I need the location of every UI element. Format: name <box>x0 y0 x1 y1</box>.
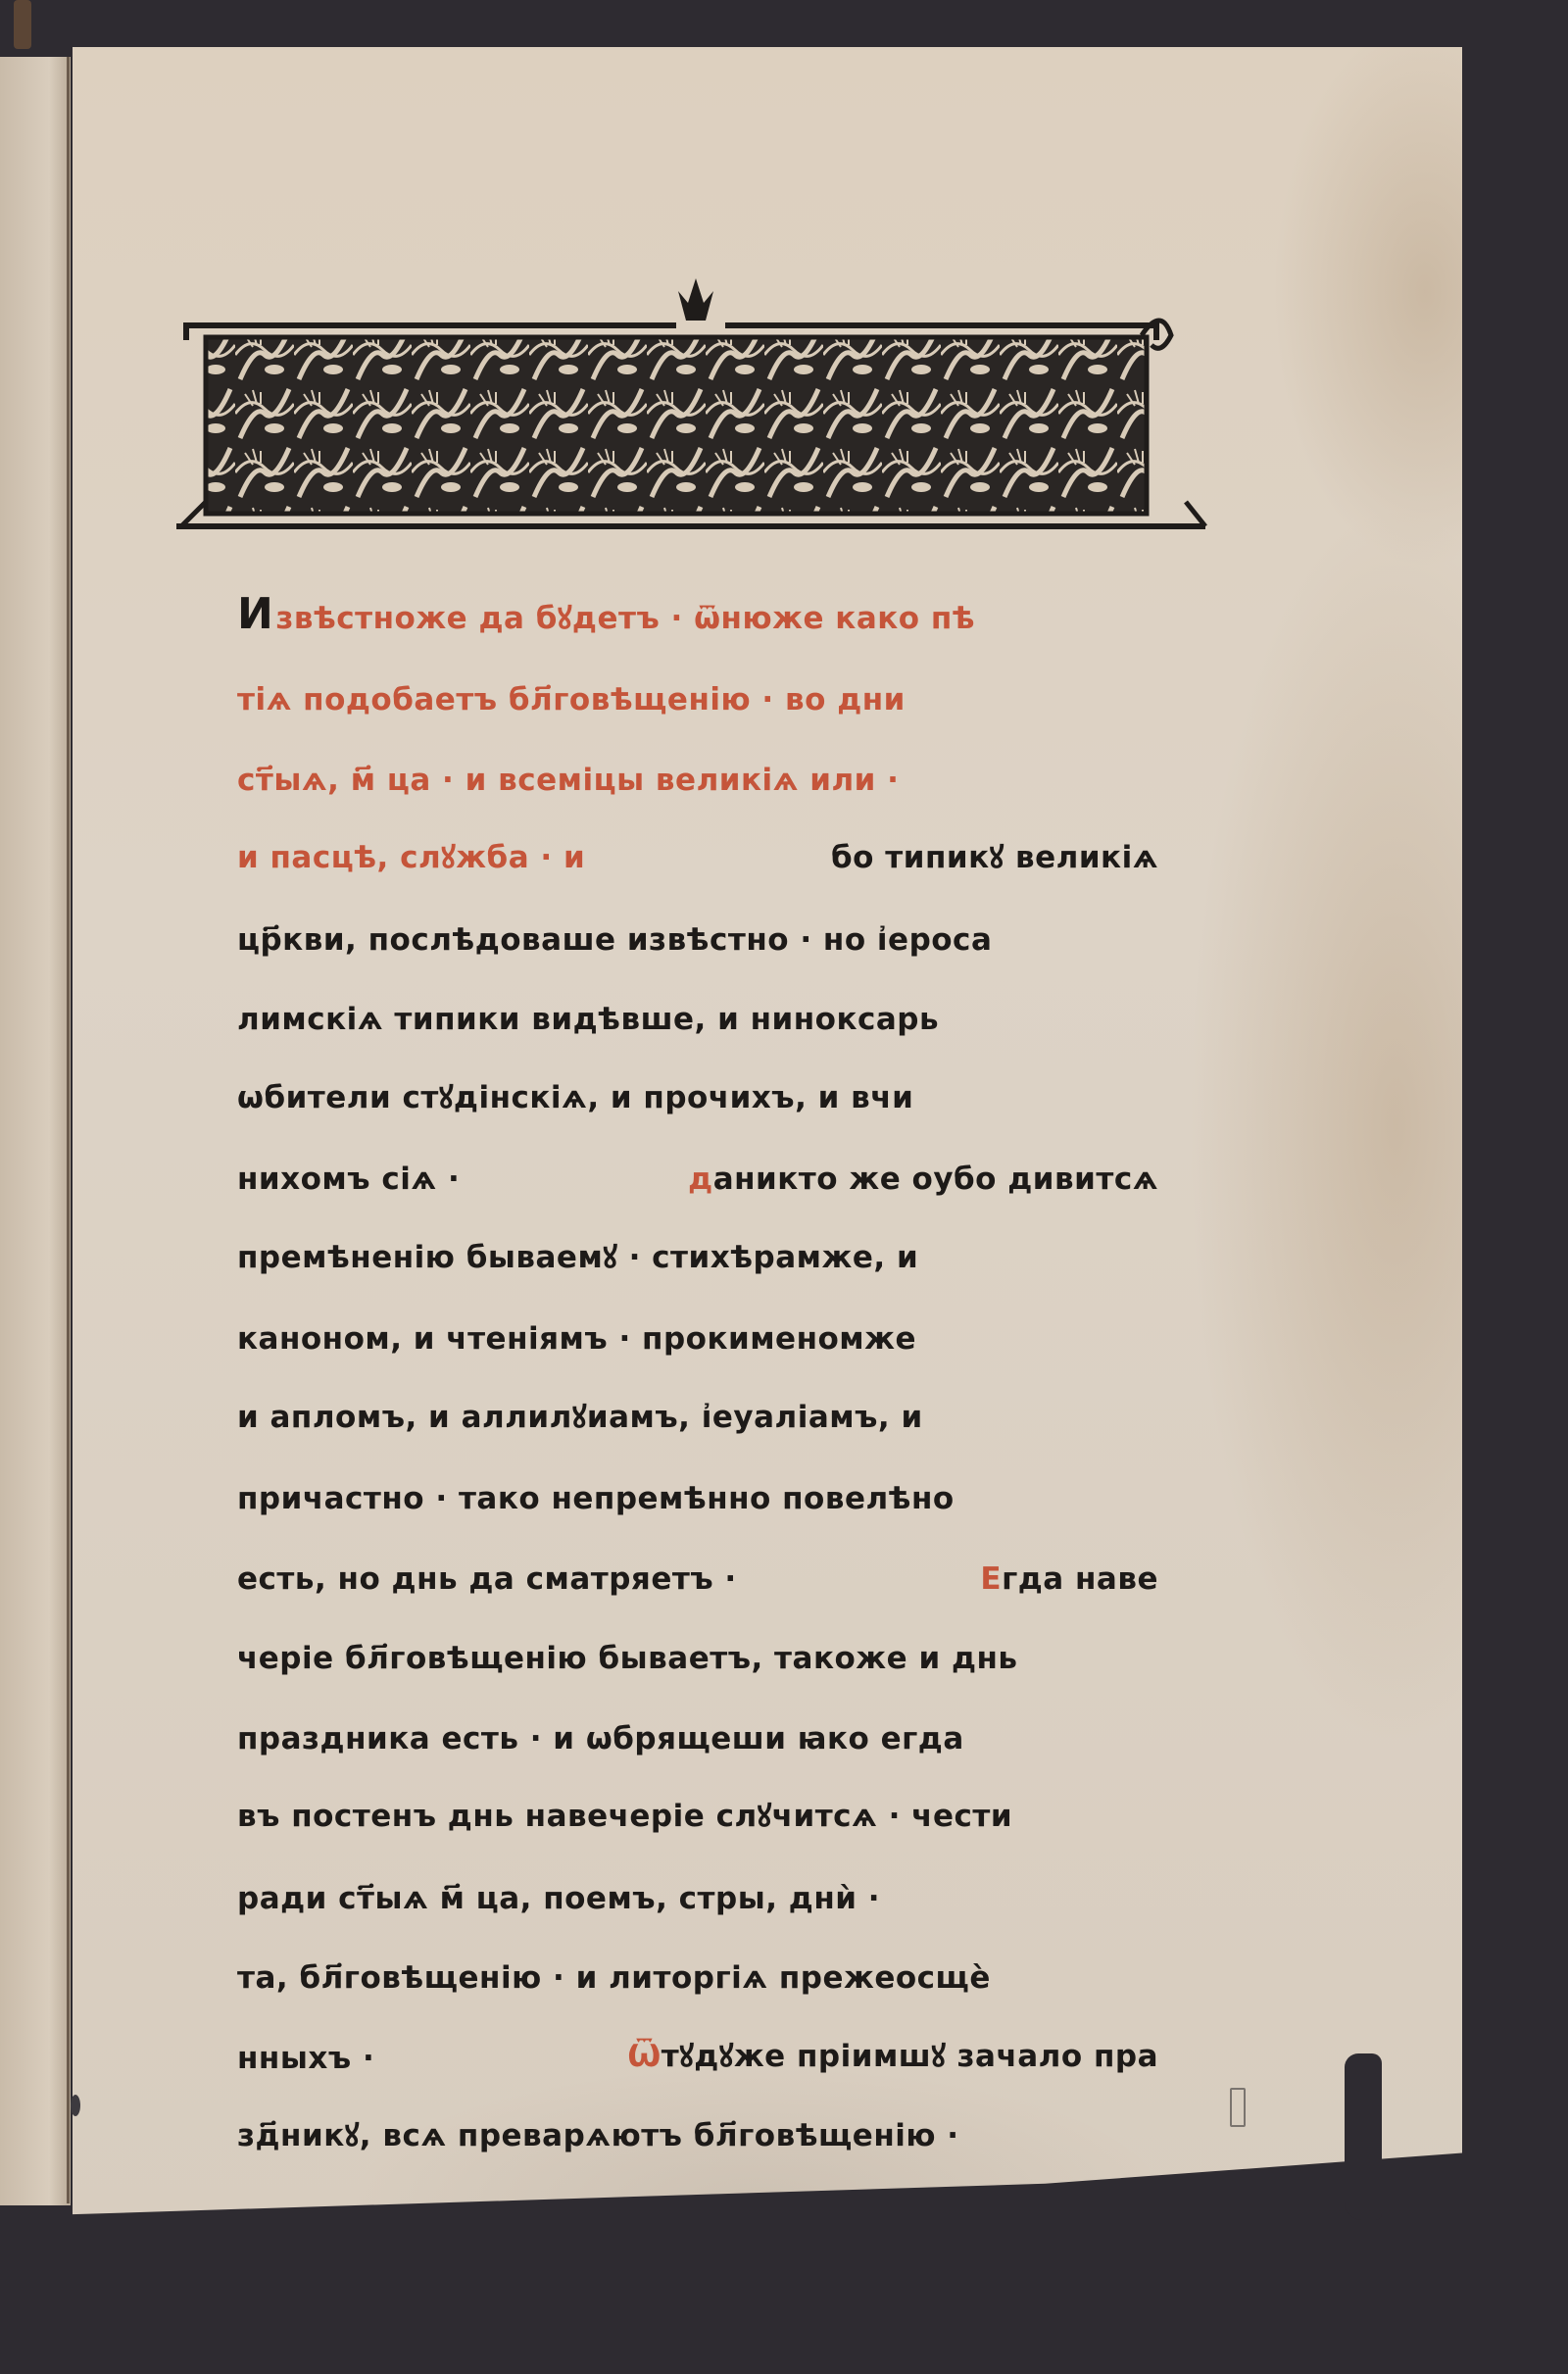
text-line: зд҃никꙋ, всѧ преварѧютъ бл҃говѣщенiю · <box>237 2082 1158 2162</box>
text-line: нныхъ · Ѿтꙋдꙋже прiимшꙋ зачало пра <box>237 2002 1158 2082</box>
text-line: тіѧ подобаетъ бл҃говѣщенію · во дни <box>237 644 1158 724</box>
text-line: лимскiѧ типики видѣвше, и ниноксарь <box>237 964 1158 1044</box>
text-line: ст҃ыѧ, м҃ ца · и всемiцы великiѧ или · <box>237 723 1158 804</box>
signature-mark <box>1230 2088 1246 2127</box>
left-page-edge <box>0 57 71 2205</box>
ink-blot <box>71 2095 80 2116</box>
text-line: и пасцѣ, слꙋжба · и бо типикꙋ великiѧ <box>237 804 1158 884</box>
text-line: каноном, и чтенiямъ · прокименомже <box>237 1283 1158 1363</box>
text-line: въ постенъ днь навечерiе слꙋчитсѧ · чест… <box>237 1762 1158 1843</box>
ornamental-headpiece-icon <box>176 267 1225 541</box>
text-line: цр҃кви, послѣдоваше извѣстно · но і҆ерос… <box>237 883 1158 964</box>
text-line: премѣненiю бываемꙋ · стихѣрамже, и <box>237 1203 1158 1283</box>
page-hole <box>1345 2053 1382 2220</box>
text-line: Извѣстноже да бꙋдетъ · ѿнюже како пѣ <box>237 564 1158 644</box>
initial-letter: И <box>237 589 273 639</box>
text-line: ради ст҃ыѧ м҃ ца, поемъ, стры, днѝ · <box>237 1842 1158 1922</box>
text-line: есть, но днь да сматряетъ · Егда наве <box>237 1522 1158 1603</box>
red-initial: д <box>688 1162 713 1197</box>
binding-cord <box>14 0 31 49</box>
red-initial: Ѿ <box>627 2039 661 2074</box>
text-line: та, бл҃говѣщенiю · и литоргiѧ прежеосщѐ <box>237 1922 1158 2003</box>
text-block: Извѣстноже да бꙋдетъ · ѿнюже како пѣ тіѧ… <box>237 564 1158 2161</box>
text-line: праздника есть · и ѡбрящеши ꙗко егда <box>237 1682 1158 1762</box>
text-line: ѡбители стꙋдiнскiѧ, и прочихъ, и вчи <box>237 1043 1158 1123</box>
text-line: нихомъ сiѧ · даникто же оубо дивитсѧ <box>237 1123 1158 1204</box>
text-line: черiе бл҃говѣщенiю бываетъ, такоже и днь <box>237 1603 1158 1683</box>
red-initial: Е <box>980 1561 1002 1597</box>
gutter-fold <box>67 57 70 2203</box>
text-line: причастно · тако непремѣнно повелѣно <box>237 1443 1158 1523</box>
text-line: и апломъ, и аллилꙋиамъ, і҆еуалiамъ, и <box>237 1362 1158 1443</box>
